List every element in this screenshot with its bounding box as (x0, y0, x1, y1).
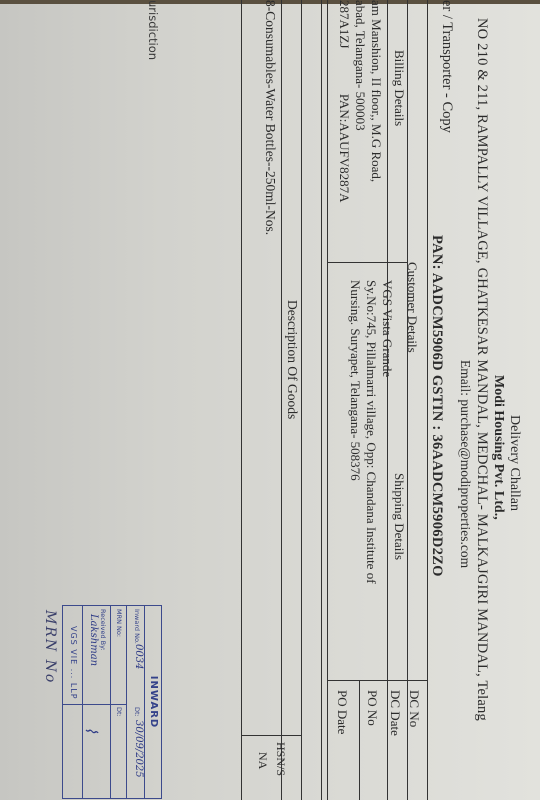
goods-bottom-border (241, 0, 242, 800)
document-title: Delivery Challan (506, 415, 522, 511)
shipping-line: Sy.No:745, Pillalmarri village, Opp: Cha… (363, 280, 379, 584)
stamp-company-line: VGS VIE ... LLP (69, 626, 78, 700)
billing-shipping-divider (328, 262, 408, 263)
delivery-challan-document: Delivery Challan Modi Housing Pvt. Ltd.,… (0, 0, 540, 800)
hsn-divider (242, 735, 302, 736)
billing-line: 287A1ZJ PAN:AAUFV8287A (336, 0, 352, 202)
mrn-no-label: MRN No: (115, 609, 123, 637)
customer-bottom-border-2 (321, 0, 322, 800)
description-header: Description Of Goods (284, 300, 300, 419)
billing-details-header: Billing Details (391, 50, 407, 126)
billing-line: abad, Telangana- 500003 (352, 0, 368, 131)
pan-gstin: PAN: AADCM5906D GSTIN : 36AADCM5906D2ZO (428, 235, 445, 577)
inward-date-label: Dt: (133, 707, 141, 717)
stamp-divider (126, 606, 127, 798)
stamp-divider (144, 606, 145, 798)
inward-no-value: 0034 (133, 644, 144, 669)
goods-header-divider (281, 0, 282, 800)
shipping-line: VGS Vista Grande (379, 280, 395, 377)
po-no-divider (359, 680, 360, 800)
stamp-title: INWARD (148, 606, 159, 798)
inward-stamp: INWARD Inward No. 0034 Dt: 30/09/2025 MR… (62, 605, 162, 799)
stamp-column-divider (63, 704, 127, 705)
handwritten-mrn-note: MRN No (42, 610, 58, 684)
dc-divider (328, 680, 428, 681)
po-no-label: PO No (364, 690, 380, 726)
stamp-divider (82, 606, 83, 798)
goods-item-description: 8-Consumables-Water Bottles--250ml-Nos. (262, 0, 278, 235)
inward-date-value: 30/09/2025 (133, 720, 144, 778)
customer-bottom-border (327, 0, 328, 800)
inward-no-label: Inward No. (133, 609, 141, 644)
company-email: Email: purchase@modiproperties.com (457, 360, 473, 568)
customer-details-header: Customer Details (404, 262, 420, 353)
stamp-divider (110, 606, 111, 798)
received-by-value: Lakshman (88, 614, 99, 666)
company-address: NO 210 & 211, RAMPALLY VILLAGE, GHATKESA… (473, 18, 490, 721)
mrn-date-label: Dt: (115, 707, 123, 717)
dc-no-label: DC No (406, 690, 422, 727)
shipping-details-header: Shipping Details (391, 473, 407, 560)
signature-mark: ⌇ (82, 726, 101, 734)
company-name: Modi Housing Pvt. Ltd., (490, 375, 506, 520)
billing-line: am Manshion, II floor,, M.G Road, (368, 0, 384, 182)
po-date-label: PO Date (334, 690, 350, 734)
goods-top-border (301, 0, 302, 800)
shipping-line: Nursing. Suryapet, Telangana- 508376 (347, 280, 363, 481)
hsn-header: HSN/S (273, 742, 288, 776)
goods-item-hsn: NA (255, 752, 270, 769)
jurisdiction-text: urisdiction (146, 0, 160, 60)
dc-date-label: DC Date (387, 690, 403, 736)
received-by-label: Received By: (99, 609, 107, 651)
copy-label: er / Transporter - Copy (438, 0, 455, 133)
